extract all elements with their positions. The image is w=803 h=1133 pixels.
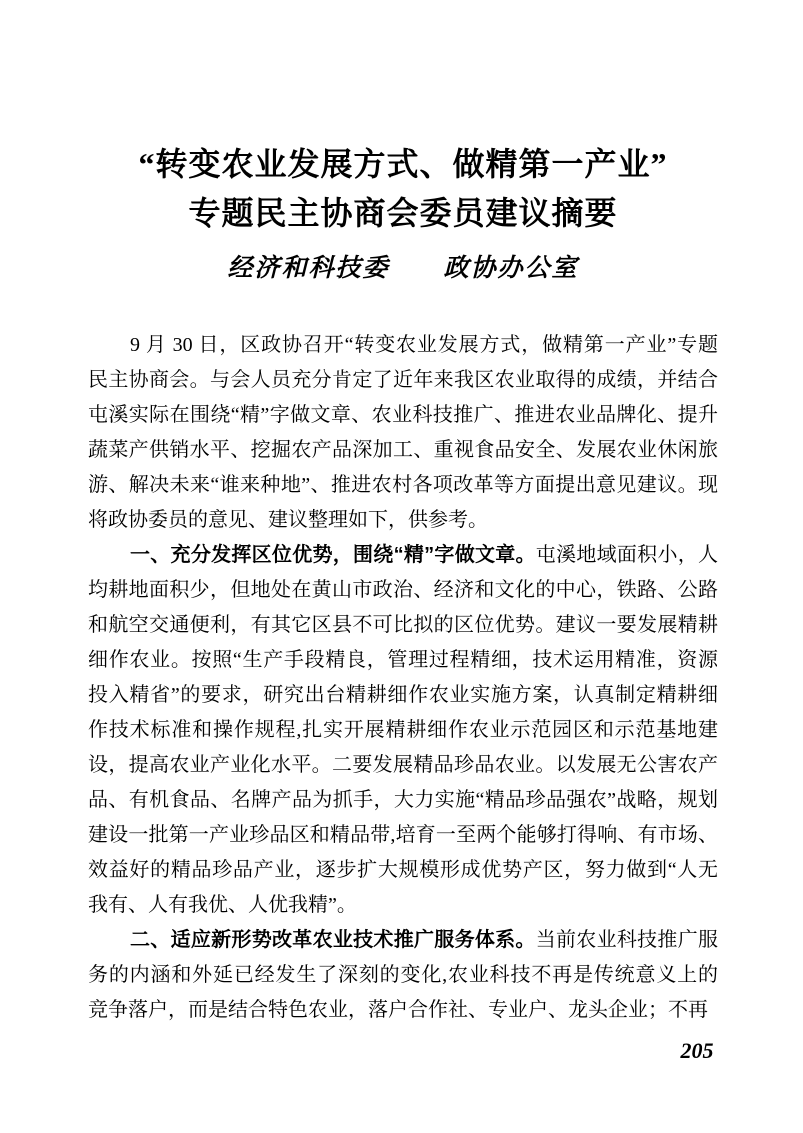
body-line: 建设一批第一产业珍品区和精品带,培育一至两个能够打得响、有市场、 — [88, 818, 718, 853]
text-run: 我有、人有我优、人优我精”。 — [88, 894, 357, 916]
text-run: 竞争落户，而是结合特色农业，落户合作社、专业户、龙头企业；不再 — [88, 999, 708, 1021]
text-run: 屯溪实际在围绕“精”字做文章、农业科技推广、推进农业品牌化、提升 — [88, 404, 718, 426]
body-line: 均耕地面积少，但地处在黄山市政治、经济和文化的中心，铁路、公路 — [88, 573, 718, 608]
text-run: 建设一批第一产业珍品区和精品带,培育一至两个能够打得响、有市场、 — [88, 824, 718, 846]
text-run: 细作农业。按照“生产手段精良，管理过程精细，技术运用精准，资源 — [88, 649, 718, 671]
body-line: 设，提高农业产业化水平。二要发展精品珍品农业。以发展无公害农产 — [88, 748, 718, 783]
body-line: 效益好的精品珍品产业，逐步扩大规模形成优势产区，努力做到“人无 — [88, 853, 718, 888]
body-line: 一、充分发挥区位优势，围绕“精”字做文章。屯溪地域面积小，人 — [88, 538, 718, 573]
body-line: 细作农业。按照“生产手段精良，管理过程精细，技术运用精准，资源 — [88, 643, 718, 678]
text-run: 当前农业科技推广服 — [536, 929, 718, 951]
body-line: 民主协商会。与会人员充分肯定了近年来我区农业取得的成绩，并结合 — [88, 363, 718, 398]
title-line-1: “转变农业发展方式、做精第一产业” — [88, 140, 718, 189]
body-line: 蔬菜产供销水平、挖掘农产品深加工、重视食品安全、发展农业休闲旅 — [88, 433, 718, 468]
title-line-2: 专题民主协商会委员建议摘要 — [88, 189, 718, 238]
body-line: 投入精省”的要求，研究出台精耕细作农业实施方案，认真制定精耕细 — [88, 678, 718, 713]
bold-run: 一、充分发挥区位优势，围绕“精”字做文章。 — [130, 544, 536, 566]
body-text: 9 月 30 日，区政协召开“转变农业发展方式，做精第一产业”专题民主协商会。与… — [88, 328, 718, 1028]
bold-run: 二、适应新形势改革农业技术推广服务体系。 — [130, 929, 536, 951]
body-line: 作技术标准和操作规程,扎实开展精耕细作农业示范园区和示范基地建 — [88, 713, 718, 748]
page-number: 205 — [676, 1038, 718, 1064]
body-line: 我有、人有我优、人优我精”。 — [88, 888, 718, 923]
text-run: 投入精省”的要求，研究出台精耕细作农业实施方案，认真制定精耕细 — [88, 684, 718, 706]
body-line: 品、有机食品、名牌产品为抓手，大力实施“精品珍品强农”战略，规划 — [88, 783, 718, 818]
body-line: 和航空交通便利，有其它区县不可比拟的区位优势。建议一要发展精耕 — [88, 608, 718, 643]
document-page: “转变农业发展方式、做精第一产业” 专题民主协商会委员建议摘要 经济和科技委 政… — [0, 0, 803, 1133]
body-line: 将政协委员的意见、建议整理如下，供参考。 — [88, 503, 718, 538]
text-run: 民主协商会。与会人员充分肯定了近年来我区农业取得的成绩，并结合 — [88, 369, 718, 391]
text-run: 9 月 30 日，区政协召开“转变农业发展方式，做精第一产业”专题 — [130, 334, 718, 356]
text-run: 和航空交通便利，有其它区县不可比拟的区位优势。建议一要发展精耕 — [88, 614, 718, 636]
text-run: 游、解决未来“谁来种地”、推进农村各项改革等方面提出意见建议。现 — [88, 474, 718, 496]
body-line: 二、适应新形势改革农业技术推广服务体系。当前农业科技推广服 — [88, 923, 718, 958]
text-run: 屯溪地域面积小，人 — [536, 544, 718, 566]
text-run: 蔬菜产供销水平、挖掘农产品深加工、重视食品安全、发展农业休闲旅 — [88, 439, 718, 461]
text-run: 作技术标准和操作规程,扎实开展精耕细作农业示范园区和示范基地建 — [88, 719, 718, 741]
text-run: 务的内涵和外延已经发生了深刻的变化,农业科技不再是传统意义上的 — [88, 964, 718, 986]
body-line: 游、解决未来“谁来种地”、推进农村各项改革等方面提出意见建议。现 — [88, 468, 718, 503]
text-run: 效益好的精品珍品产业，逐步扩大规模形成优势产区，努力做到“人无 — [88, 859, 718, 881]
body-line: 务的内涵和外延已经发生了深刻的变化,农业科技不再是传统意义上的 — [88, 958, 718, 993]
text-run: 均耕地面积少，但地处在黄山市政治、经济和文化的中心，铁路、公路 — [88, 579, 718, 601]
text-run: 将政协委员的意见、建议整理如下，供参考。 — [88, 509, 488, 531]
text-run: 品、有机食品、名牌产品为抓手，大力实施“精品珍品强农”战略，规划 — [88, 789, 718, 811]
body-line: 屯溪实际在围绕“精”字做文章、农业科技推广、推进农业品牌化、提升 — [88, 398, 718, 433]
body-line: 9 月 30 日，区政协召开“转变农业发展方式，做精第一产业”专题 — [88, 328, 718, 363]
body-line: 竞争落户，而是结合特色农业，落户合作社、专业户、龙头企业；不再 — [88, 993, 718, 1028]
document-title: “转变农业发展方式、做精第一产业” 专题民主协商会委员建议摘要 — [88, 140, 718, 238]
text-run: 设，提高农业产业化水平。二要发展精品珍品农业。以发展无公害农产 — [88, 754, 718, 776]
byline: 经济和科技委 政协办公室 — [88, 248, 718, 284]
